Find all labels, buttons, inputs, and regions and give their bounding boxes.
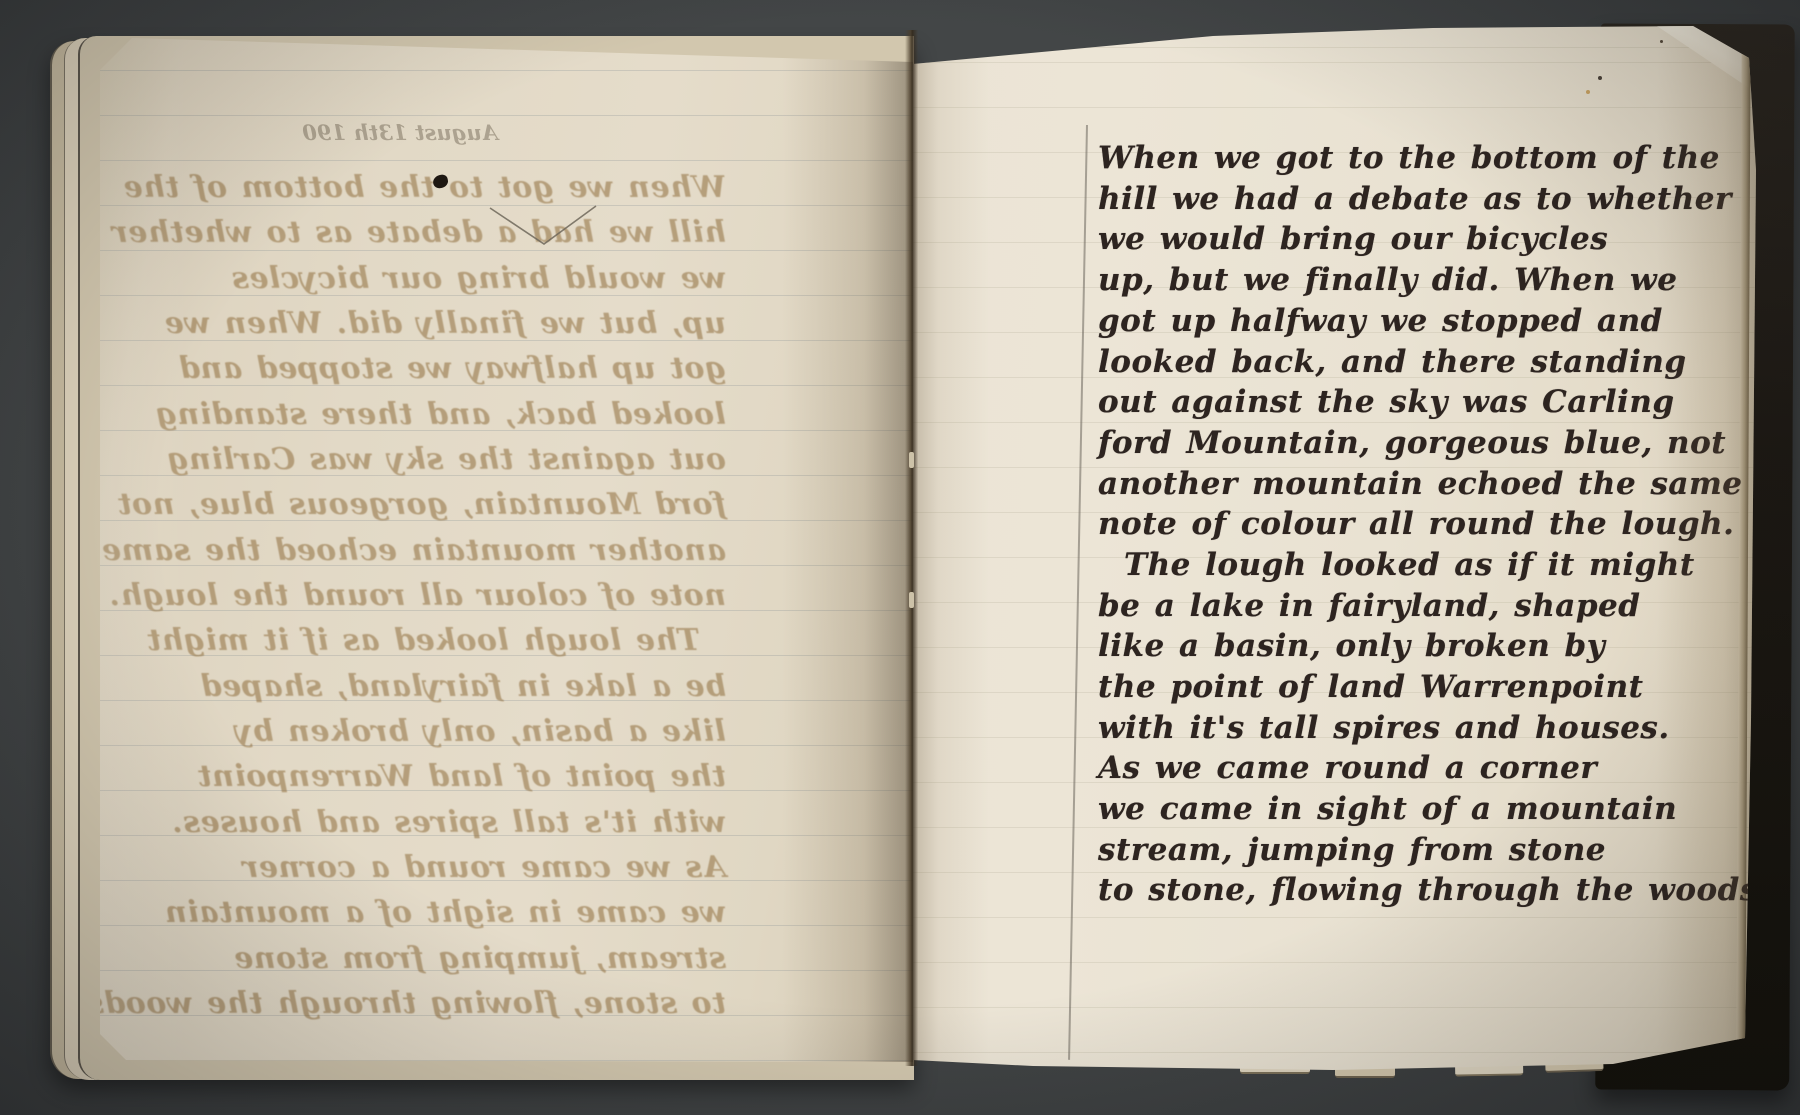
ruled-lines (913, 20, 1758, 1070)
handwritten-line: note of colour all round the lough. (1098, 504, 1734, 544)
bleed-line: to stone, flowing through the woods (86, 984, 726, 1024)
bleed-line: out against the sky was Carling (167, 440, 726, 480)
ink-blot (432, 174, 449, 190)
paper-speck (1586, 90, 1590, 94)
stitch (909, 452, 914, 468)
handwritten-line: we came in sight of a mountain (1098, 789, 1677, 829)
bleed-line: note of colour all round the lough. (109, 576, 726, 616)
paper-speck (1598, 76, 1602, 80)
bleed-line: with it's tall spires and houses. (172, 803, 726, 843)
bleed-line: got up halfway we stopped and (178, 349, 726, 389)
handwritten-line: another mountain echoed the same (1098, 464, 1743, 504)
handwritten-line: be a lake in fairyland, shaped (1098, 586, 1640, 626)
handwritten-line: the point of land Warrenpoint (1098, 667, 1643, 707)
bleed-line: another mountain echoed the same (101, 531, 726, 571)
bleed-line: be a lake in fairyland, shaped (200, 667, 726, 707)
bleed-line: like a basin, only broken by (234, 712, 726, 752)
handwritten-line: When we got to the bottom of the (1098, 138, 1720, 178)
bleed-line: up, but we finally did. When we (164, 304, 726, 344)
ruled-lines (96, 34, 913, 1064)
stitch (909, 592, 914, 608)
handwritten-line: we would bring our bicycles (1098, 219, 1608, 259)
right-page: When we got to the bottom of the hill we… (913, 20, 1758, 1070)
bleed-line: we would bring our bicycles (231, 259, 726, 299)
bleed-line: The lough looked as if it might (147, 621, 700, 661)
bleed-line: When we got to the bottom of the (123, 168, 726, 208)
handwritten-line: to stone, flowing through the woods (1098, 870, 1758, 910)
bleed-line: looked back, and there standing (156, 395, 727, 435)
handwritten-line: The lough looked as if it might (1124, 545, 1695, 585)
left-page: August 13th 190 When we got to the botto… (96, 34, 913, 1064)
pencil-check-mark-icon (482, 202, 602, 250)
handwritten-line: ford Mountain, gorgeous blue, not (1098, 423, 1726, 463)
bleed-line: stream, jumping from stone (234, 939, 726, 979)
handwritten-line: stream, jumping from stone (1098, 830, 1606, 870)
bleed-line: ford Mountain, gorgeous blue, not (117, 485, 726, 525)
bleed-through-text: August 13th 190 When we got to the botto… (126, 34, 726, 1064)
bleed-line: the point of land Warrenpoint (197, 757, 726, 797)
handwritten-line: up, but we finally did. When we (1098, 260, 1677, 300)
bleed-heading: August 13th 190 (302, 120, 498, 145)
handwritten-line: looked back, and there standing (1098, 342, 1687, 382)
handwritten-line: out against the sky was Carling (1098, 382, 1675, 422)
handwritten-line: like a basin, only broken by (1098, 626, 1605, 666)
handwritten-entry: When we got to the bottom of the hill we… (1098, 138, 1728, 928)
handwritten-line: hill we had a debate as to whether (1098, 179, 1732, 219)
margin-line (1068, 125, 1088, 1060)
bleed-line: we came in sight of a mountain (165, 893, 727, 933)
bleed-line: As we came round a corner (242, 848, 726, 888)
handwritten-line: with it's tall spires and houses. (1098, 708, 1670, 748)
handwritten-line: got up halfway we stopped and (1098, 301, 1663, 341)
bleed-line: hill we had a debate as to whether (111, 213, 726, 253)
handwritten-line: As we came round a corner (1098, 748, 1597, 788)
paper-speck (1660, 40, 1663, 43)
diary-scan: August 13th 190 When we got to the botto… (0, 0, 1800, 1115)
spine-binding (905, 30, 918, 1066)
